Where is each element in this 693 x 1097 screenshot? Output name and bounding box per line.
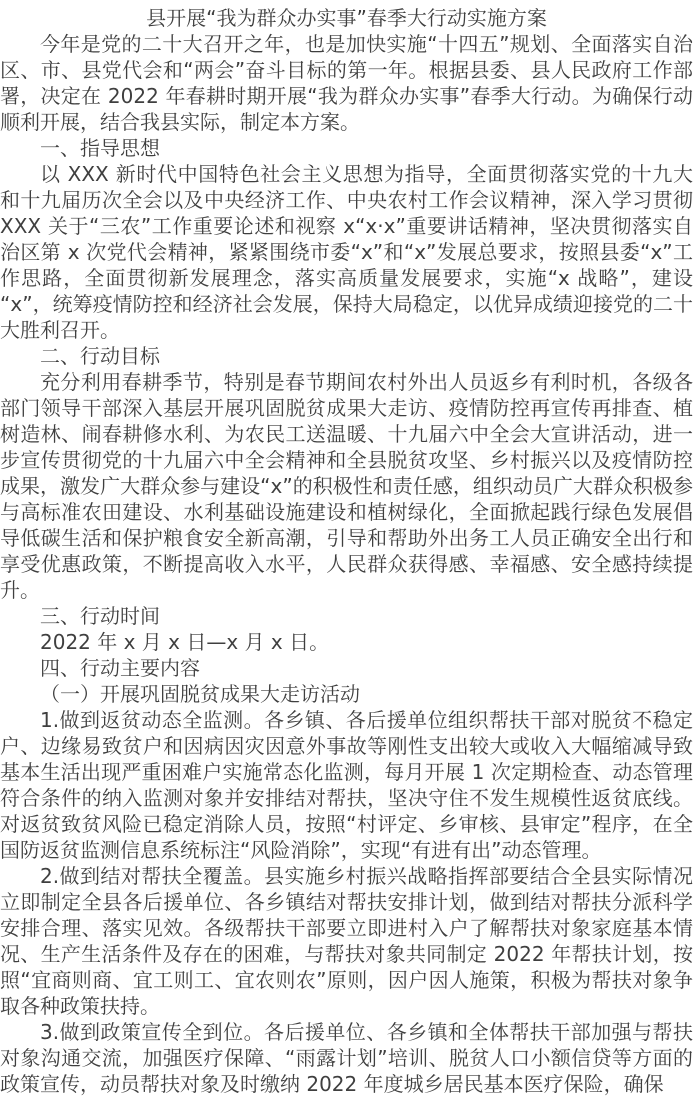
document-page: 县开展“我为群众办实事”春季大行动实施方案 今年是党的二十大召开之年，也是加快实… — [0, 0, 693, 1097]
subheading-poverty-visit-activity: （一）开展巩固脱贫成果大走访活动 — [0, 681, 693, 707]
para-action-time: 2022 年 x 月 x 日—x 月 x 日。 — [0, 629, 693, 655]
heading-action-goals: 二、行动目标 — [0, 343, 693, 369]
heading-main-content: 四、行动主要内容 — [0, 655, 693, 681]
para-guiding-ideology: 以 XXX 新时代中国特色社会主义思想为指导，全面贯彻落实党的十九大和十九届历次… — [0, 161, 693, 343]
heading-guiding-ideology: 一、指导思想 — [0, 135, 693, 161]
doc-title: 县开展“我为群众办实事”春季大行动实施方案 — [0, 5, 693, 31]
para-action-goals: 充分利用春耕季节，特别是春节期间农村外出人员返乡有利时机，各级各部门领导干部深入… — [0, 369, 693, 603]
para-item-1-return-poverty-monitoring: 1.做到返贫动态全监测。各乡镇、各后援单位组织帮扶干部对脱贫不稳定户、边缘易致贫… — [0, 707, 693, 863]
para-item-3-policy-publicity: 3.做到政策宣传全到位。各后援单位、各乡镇和全体帮扶干部加强与帮扶对象沟通交流，… — [0, 1019, 693, 1097]
heading-action-time: 三、行动时间 — [0, 603, 693, 629]
para-item-2-pairing-assistance: 2.做到结对帮扶全覆盖。县实施乡村振兴战略指挥部要结合全县实际情况立即制定全县各… — [0, 863, 693, 1019]
para-intro: 今年是党的二十大召开之年，也是加快实施“十四五”规划、全面落实自治区、市、县党代… — [0, 31, 693, 135]
